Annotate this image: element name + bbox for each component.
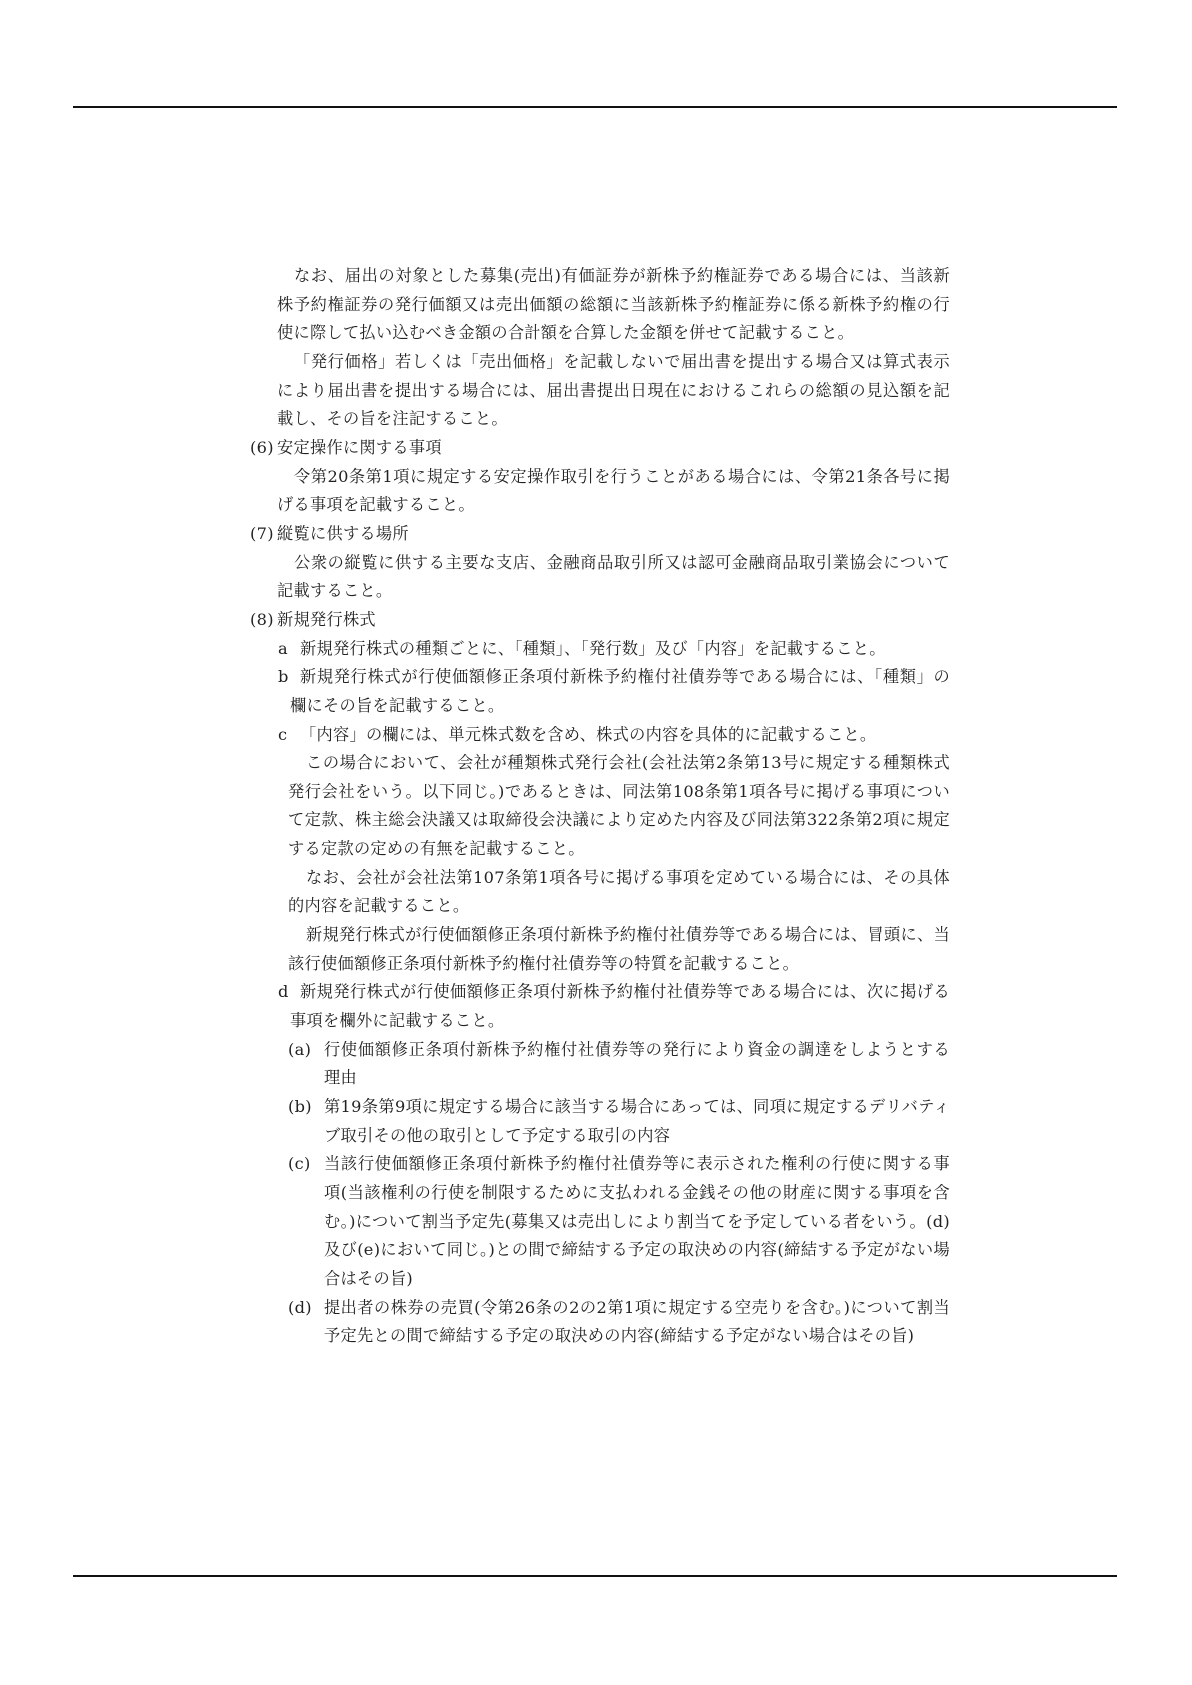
subitem-label: (c)	[288, 1150, 324, 1293]
section-title: 縦覧に供する場所	[277, 520, 409, 549]
item-text: 「内容」の欄には、単元株式数を含め、株式の内容を具体的に記載すること。	[290, 721, 950, 750]
section-7-heading: (7) 縦覧に供する場所	[250, 520, 950, 549]
subitem-c: (c) 当該行使価額修正条項付新株予約権付社債券等に表示された権利の行使に関する…	[250, 1150, 950, 1293]
subitem-b: (b) 第19条第9項に規定する場合に該当する場合にあっては、同項に規定するデリ…	[250, 1093, 950, 1150]
section-number: (8)	[250, 606, 277, 635]
subitem-label: (d)	[288, 1294, 324, 1351]
subitem-d: (d) 提出者の株券の売買(令第26条の2の2第1項に規定する空売りを含む。)に…	[250, 1294, 950, 1351]
item-c-paragraph-3: 新規発行株式が行使価額修正条項付新株予約権付社債券等である場合には、冒頭に、当該…	[250, 921, 950, 978]
section-7-body: 公衆の縦覧に供する主要な支店、金融商品取引所又は認可金融商品取引業協会について記…	[250, 549, 950, 606]
subitem-text: 第19条第9項に規定する場合に該当する場合にあっては、同項に規定するデリバティブ…	[324, 1093, 950, 1150]
item-b: b 新規発行株式が行使価額修正条項付新株予約権付社債券等である場合には、「種類」…	[250, 663, 950, 720]
item-a: a 新規発行株式の種類ごとに、「種類」、「発行数」及び「内容」を記載すること。	[250, 635, 950, 664]
intro-paragraph-2: 「発行価格」若しくは「売出価格」を記載しないで届出書を提出する場合又は算式表示に…	[250, 348, 950, 434]
item-text: 新規発行株式が行使価額修正条項付新株予約権付社債券等である場合には、次に掲げる事…	[290, 978, 950, 1035]
subitem-label: (b)	[288, 1093, 324, 1150]
document-body: なお、届出の対象とした募集(売出)有価証券が新株予約権証券である場合には、当該新…	[250, 262, 950, 1351]
item-c-paragraph-2: なお、会社が会社法第107条第1項各号に掲げる事項を定めている場合には、その具体…	[250, 864, 950, 921]
section-title: 安定操作に関する事項	[277, 434, 442, 463]
header-rule	[73, 106, 1117, 108]
intro-paragraph-1: なお、届出の対象とした募集(売出)有価証券が新株予約権証券である場合には、当該新…	[250, 262, 950, 348]
subitem-text: 行使価額修正条項付新株予約権付社債券等の発行により資金の調達をしようとする理由	[324, 1036, 950, 1093]
item-label: a	[278, 635, 290, 664]
footer-rule	[73, 1575, 1117, 1577]
item-text: 新規発行株式の種類ごとに、「種類」、「発行数」及び「内容」を記載すること。	[290, 635, 950, 664]
subitem-label: (a)	[288, 1036, 324, 1093]
item-d: d 新規発行株式が行使価額修正条項付新株予約権付社債券等である場合には、次に掲げ…	[250, 978, 950, 1035]
section-number: (6)	[250, 434, 277, 463]
section-6-heading: (6) 安定操作に関する事項	[250, 434, 950, 463]
item-label: c	[278, 721, 290, 750]
section-number: (7)	[250, 520, 277, 549]
item-c-paragraph-1: この場合において、会社が種類株式発行会社(会社法第2条第13号に規定する種類株式…	[250, 749, 950, 864]
section-6-body: 令第20条第1項に規定する安定操作取引を行うことがある場合には、令第21条各号に…	[250, 463, 950, 520]
subitem-text: 提出者の株券の売買(令第26条の2の2第1項に規定する空売りを含む。)について割…	[324, 1294, 950, 1351]
subitem-text: 当該行使価額修正条項付新株予約権付社債券等に表示された権利の行使に関する事項(当…	[324, 1150, 950, 1293]
item-c: c 「内容」の欄には、単元株式数を含め、株式の内容を具体的に記載すること。	[250, 721, 950, 750]
item-label: b	[278, 663, 290, 720]
subitem-a: (a) 行使価額修正条項付新株予約権付社債券等の発行により資金の調達をしようとす…	[250, 1036, 950, 1093]
item-text: 新規発行株式が行使価額修正条項付新株予約権付社債券等である場合には、「種類」の欄…	[290, 663, 950, 720]
section-8-heading: (8) 新規発行株式	[250, 606, 950, 635]
section-title: 新規発行株式	[277, 606, 376, 635]
item-label: d	[278, 978, 290, 1035]
